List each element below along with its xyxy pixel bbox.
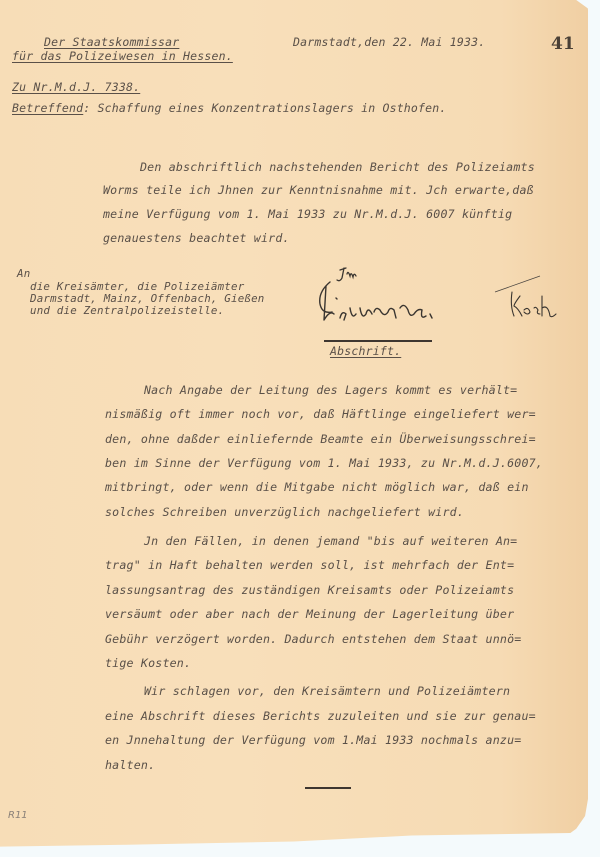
signature-initials	[337, 268, 356, 281]
archive-mark: R11	[8, 810, 28, 821]
report-line: tige Kosten.	[105, 656, 191, 670]
signature-main	[320, 282, 432, 320]
report-line: Jn den Fällen, in denen jemand "bis auf …	[144, 534, 517, 548]
report-line: eine Abschrift dieses Berichts zuzuleite…	[105, 709, 536, 723]
cover-line: Den abschriftlich nachstehenden Bericht …	[140, 160, 535, 174]
handwritten-signatures	[300, 262, 580, 352]
report-line: en Jnnehaltung der Verfügung vom 1.Mai 1…	[105, 733, 521, 747]
report-line: nismäßig oft immer noch vor, daß Häftlin…	[105, 407, 536, 421]
page-number: 41	[551, 34, 575, 54]
sender-line-2: für das Polizeiwesen in Hessen.	[12, 49, 233, 63]
recipients-label: An	[17, 267, 30, 280]
recipient-line: und die Zentralpolizeistelle.	[30, 304, 224, 317]
cover-line: Worms teile ich Jhnen zur Kenntnisnahme …	[103, 183, 534, 197]
signature-divider	[324, 340, 432, 342]
subject-text: : Schaffung eines Konzentrationslagers i…	[83, 101, 446, 115]
report-line: versäumt oder aber nach der Meinung der …	[105, 607, 514, 621]
reference-number: Zu Nr.M.d.J. 7338.	[12, 80, 140, 94]
report-line: halten.	[105, 758, 155, 772]
report-line: mitbringt, oder wenn die Mitgabe nicht m…	[105, 480, 529, 494]
report-line: solches Schreiben unverzüglich nachgelie…	[105, 505, 464, 519]
cover-line: meine Verfügung vom 1. Mai 1933 zu Nr.M.…	[103, 207, 512, 221]
cover-line: genauestens beachtet wird.	[103, 231, 290, 245]
closing-rule	[305, 787, 351, 789]
report-line: Wir schlagen vor, den Kreisämtern und Po…	[144, 684, 510, 698]
report-line: lassungsantrag des zuständigen Kreisamts…	[105, 583, 514, 597]
report-line: ben im Sinne der Verfügung vom 1. Mai 19…	[105, 456, 543, 470]
report-line: trag" in Haft behalten werden soll, ist …	[105, 558, 514, 572]
signature-stroke-line	[495, 276, 540, 292]
report-line: Gebühr verzögert worden. Dadurch entsteh…	[105, 632, 521, 646]
subject-line: Betreffend: Schaffung eines Konzentratio…	[12, 101, 447, 115]
sender-line-1: Der Staatskommissar	[44, 35, 179, 49]
signature-koch	[511, 292, 556, 317]
report-line: Nach Angabe der Leitung des Lagers kommt…	[144, 383, 517, 397]
place-date: Darmstadt,den 22. Mai 1933.	[293, 35, 485, 49]
report-line: den, ohne daßder einliefernde Beamte ein…	[105, 432, 536, 446]
subject-label: Betreffend	[12, 101, 83, 115]
copy-heading: Abschrift.	[330, 344, 401, 358]
